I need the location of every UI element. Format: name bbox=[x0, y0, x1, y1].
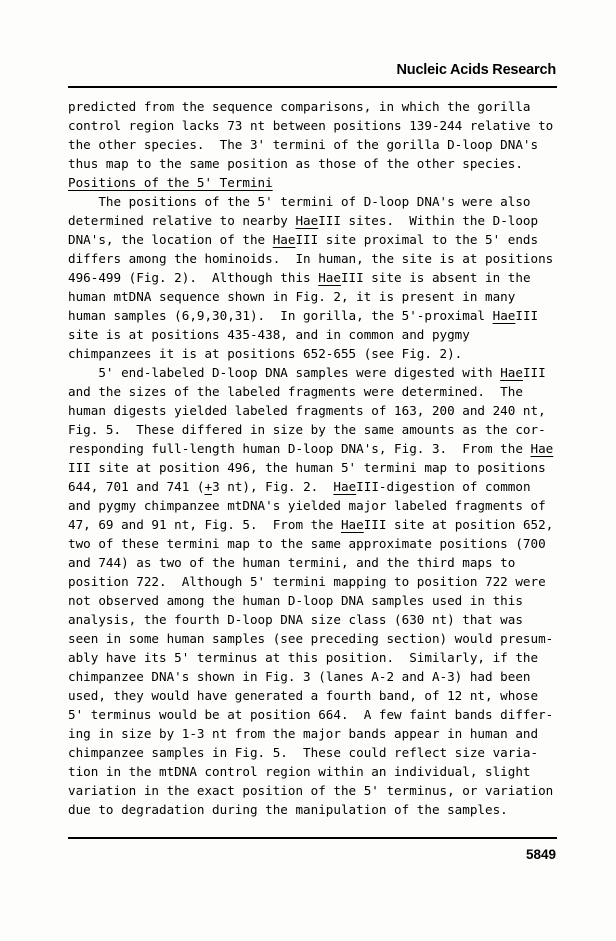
page-number: 5849 bbox=[526, 847, 556, 862]
text-line: tion in the mtDNA control region within … bbox=[68, 762, 568, 781]
text-line: DNA's, the location of the HaeIII site p… bbox=[68, 230, 568, 249]
text-line: 5' end-labeled D-loop DNA samples were d… bbox=[68, 363, 568, 382]
text-line: differs among the hominoids. In human, t… bbox=[68, 249, 568, 268]
text-line: determined relative to nearby HaeIII sit… bbox=[68, 211, 568, 230]
text-line: not observed among the human D-loop DNA … bbox=[68, 591, 568, 610]
text-line: and the sizes of the labeled fragments w… bbox=[68, 382, 568, 401]
text-line: site is at positions 435-438, and in com… bbox=[68, 325, 568, 344]
text-line: 644, 701 and 741 (+3 nt), Fig. 2. HaeIII… bbox=[68, 477, 568, 496]
text-line: 5' terminus would be at position 664. A … bbox=[68, 705, 568, 724]
text-line: human mtDNA sequence shown in Fig. 2, it… bbox=[68, 287, 568, 306]
text-line: 496-499 (Fig. 2). Although this HaeIII s… bbox=[68, 268, 568, 287]
text-line: chimpanzee DNA's shown in Fig. 3 (lanes … bbox=[68, 667, 568, 686]
text-line: The positions of the 5' termini of D-loo… bbox=[68, 192, 568, 211]
text-line: predicted from the sequence comparisons,… bbox=[68, 97, 568, 116]
text-line: used, they would have generated a fourth… bbox=[68, 686, 568, 705]
footer-rule bbox=[68, 837, 557, 839]
text-line: two of these termini map to the same app… bbox=[68, 534, 568, 553]
journal-page: Nucleic Acids Research predicted from th… bbox=[0, 0, 616, 941]
article-body: predicted from the sequence comparisons,… bbox=[68, 97, 568, 819]
text-line: and 744) as two of the human termini, an… bbox=[68, 553, 568, 572]
text-line: analysis, the fourth D-loop DNA size cla… bbox=[68, 610, 568, 629]
text-line: chimpanzee samples in Fig. 5. These coul… bbox=[68, 743, 568, 762]
text-line: chimpanzees it is at positions 652-655 (… bbox=[68, 344, 568, 363]
text-line: ably have its 5' terminus at this positi… bbox=[68, 648, 568, 667]
text-line: the other species. The 3' termini of the… bbox=[68, 135, 568, 154]
journal-title: Nucleic Acids Research bbox=[397, 62, 556, 78]
text-line: control region lacks 73 nt between posit… bbox=[68, 116, 568, 135]
text-line: III site at position 496, the human 5' t… bbox=[68, 458, 568, 477]
text-line: responding full-length human D-loop DNA'… bbox=[68, 439, 568, 458]
text-line: variation in the exact position of the 5… bbox=[68, 781, 568, 800]
text-line: human digests yielded labeled fragments … bbox=[68, 401, 568, 420]
header-rule bbox=[68, 86, 557, 88]
text-line: seen in some human samples (see precedin… bbox=[68, 629, 568, 648]
text-line: and pygmy chimpanzee mtDNA's yielded maj… bbox=[68, 496, 568, 515]
text-line: due to degradation during the manipulati… bbox=[68, 800, 568, 819]
text-line: 47, 69 and 91 nt, Fig. 5. From the HaeII… bbox=[68, 515, 568, 534]
text-line: human samples (6,9,30,31). In gorilla, t… bbox=[68, 306, 568, 325]
text-line: ing in size by 1-3 nt from the major ban… bbox=[68, 724, 568, 743]
text-line: Fig. 5. These differed in size by the sa… bbox=[68, 420, 568, 439]
text-line: position 722. Although 5' termini mappin… bbox=[68, 572, 568, 591]
section-heading: Positions of the 5' Termini bbox=[68, 173, 568, 192]
text-line: thus map to the same position as those o… bbox=[68, 154, 568, 173]
